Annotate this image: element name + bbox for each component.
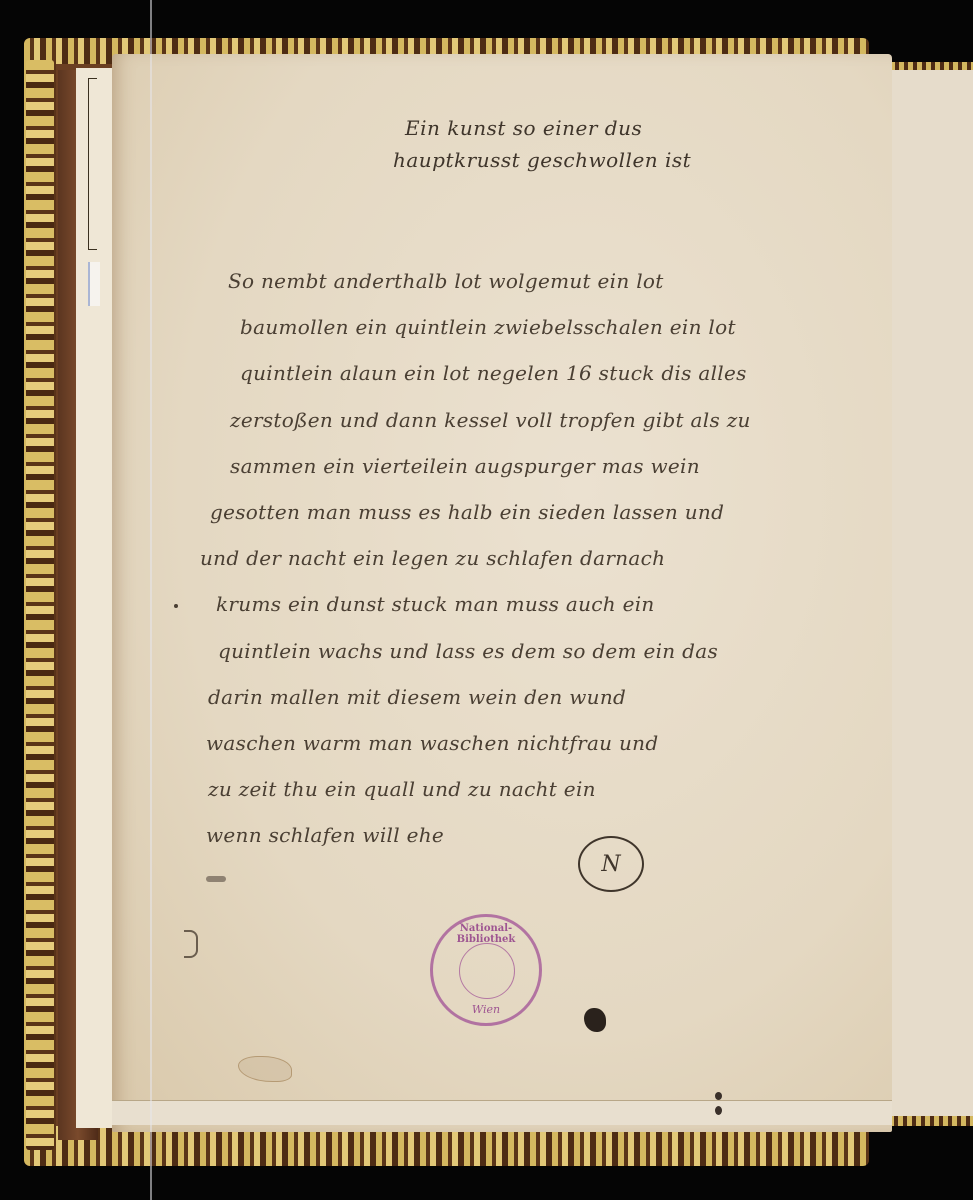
ink-blot (584, 1008, 606, 1032)
library-stamp: National-Bibliothek Wien (430, 914, 542, 1026)
text-line: und der nacht ein legen zu schlafen darn… (200, 535, 890, 581)
gilt-spine-tooling (26, 60, 54, 1150)
endpaper-ruled-frame (88, 78, 97, 250)
text-line: gesotten man muss es halb ein sieden las… (200, 489, 890, 535)
text-line: quintlein alaun ein lot negelen 16 stuck… (200, 350, 890, 396)
text-line: sammen ein vierteilein augspurger mas we… (200, 443, 890, 489)
page-lower-edge (112, 1100, 892, 1125)
text-line: baumollen ein quintlein zwiebelsschalen … (200, 304, 890, 350)
margin-mark (184, 930, 198, 958)
ink-dot (715, 1092, 722, 1100)
text-line: zerstoßen und dann kessel voll tropfen g… (200, 397, 890, 443)
facing-gilt-top (890, 62, 973, 70)
end-mark-letter: N (601, 852, 620, 877)
text-line: So nembt anderthalb lot wolgemut ein lot (200, 258, 890, 304)
recipe-heading: Ein kunst so einer dus hauptkrusst gesch… (405, 112, 805, 176)
heading-line: Ein kunst so einer dus (405, 112, 805, 144)
facing-page (880, 68, 973, 1120)
text-line: zu zeit thu ein quall und zu nacht ein (200, 766, 890, 812)
stamp-bottom-text: Wien (433, 1003, 539, 1016)
endpaper-tab (88, 262, 100, 306)
text-line: darin mallen mit diesem wein den wund (200, 674, 890, 720)
text-line: waschen warm man waschen nichtfrau und (200, 720, 890, 766)
facing-gilt-bottom (880, 1116, 973, 1126)
text-line: quintlein wachs und lass es dem so dem e… (200, 628, 890, 674)
text-line: krums ein dunst stuck man muss auch ein (200, 581, 890, 627)
heading-line: hauptkrusst geschwollen ist (393, 144, 805, 176)
end-mark: N (578, 836, 644, 892)
stamp-top-text: National-Bibliothek (433, 923, 539, 945)
scan-guide-line (150, 0, 152, 1200)
ink-dot (715, 1106, 722, 1115)
text-line: wenn schlafen will ehe (200, 812, 890, 858)
stamp-inner-circle (459, 943, 515, 999)
margin-smudge (206, 876, 226, 882)
margin-dot (174, 604, 178, 608)
recipe-body: So nembt anderthalb lot wolgemut ein lot… (200, 258, 890, 858)
